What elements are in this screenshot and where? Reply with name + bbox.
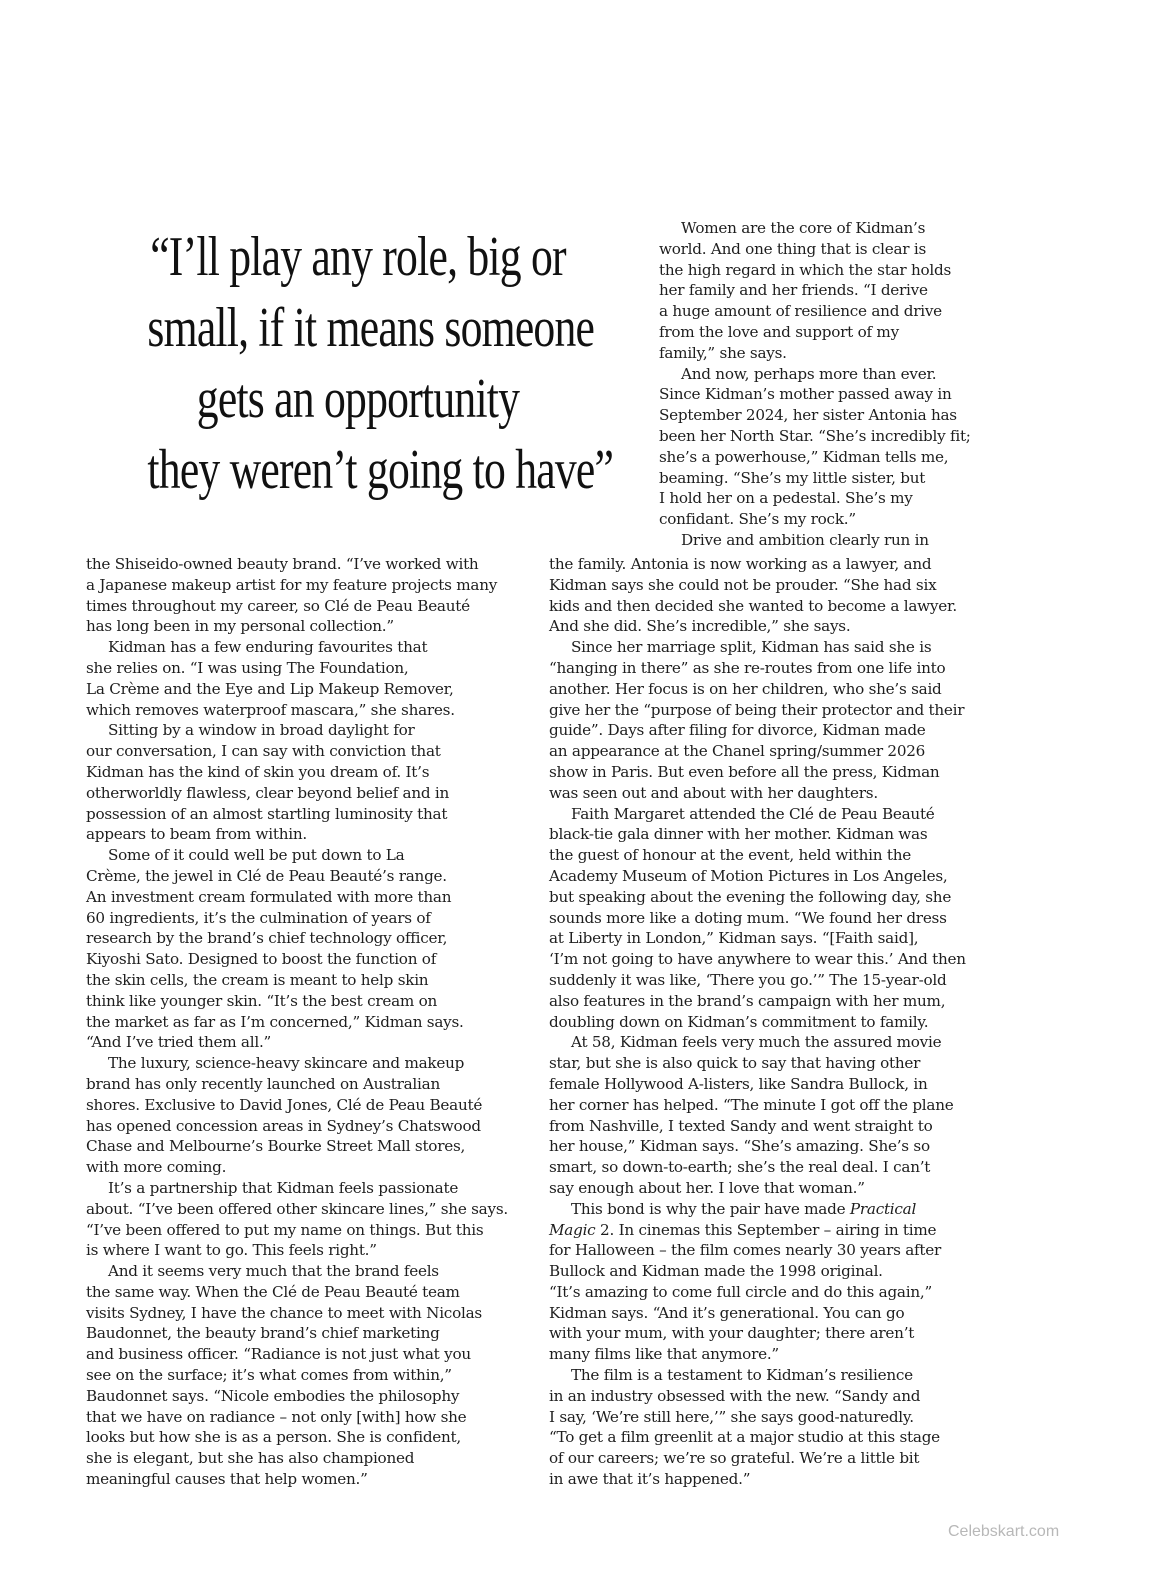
- text-line: I say, ‘We’re still here,’” she says goo…: [549, 1407, 989, 1428]
- film-title: Magic: [549, 1221, 595, 1239]
- text-line: Baudonnet says. “Nicole embodies the phi…: [86, 1386, 526, 1407]
- text-line: female Hollywood A-listers, like Sandra …: [549, 1074, 989, 1095]
- text-line: Faith Margaret attended the Clé de Peau …: [549, 804, 989, 825]
- text-line: otherworldly flawless, clear beyond beli…: [86, 783, 526, 804]
- text-line: Academy Museum of Motion Pictures in Los…: [549, 866, 989, 887]
- text-line: And now, perhaps more than ever.: [659, 364, 989, 385]
- text-line: the high regard in which the star holds: [659, 260, 989, 281]
- text-line: 60 ingredients, it’s the culmination of …: [86, 908, 526, 929]
- text-line: another. Her focus is on her children, w…: [549, 679, 989, 700]
- text-line: And it seems very much that the brand fe…: [86, 1261, 526, 1282]
- text-line: suddenly it was like, ‘There you go.’” T…: [549, 970, 989, 991]
- text-line: about. “I’ve been offered other skincare…: [86, 1199, 526, 1220]
- text-line: but speaking about the evening the follo…: [549, 887, 989, 908]
- text-line: think like younger skin. “It’s the best …: [86, 991, 526, 1012]
- text-line: say enough about her. I love that woman.…: [549, 1178, 989, 1199]
- text-line: looks but how she is as a person. She is…: [86, 1427, 526, 1448]
- text-line: the market as far as I’m concerned,” Kid…: [86, 1012, 526, 1033]
- text-line: confidant. She’s my rock.”: [659, 509, 989, 530]
- text-line: research by the brand’s chief technology…: [86, 928, 526, 949]
- text-line: the same way. When the Clé de Peau Beaut…: [86, 1282, 526, 1303]
- text-line: Kidman says. “And it’s generational. You…: [549, 1303, 989, 1324]
- text-fragment: 2. In cinemas this September – airing in…: [600, 1221, 936, 1239]
- text-line: “I’ve been offered to put my name on thi…: [86, 1220, 526, 1241]
- text-line: Chase and Melbourne’s Bourke Street Mall…: [86, 1136, 526, 1157]
- text-line: her family and her friends. “I derive: [659, 280, 989, 301]
- pull-quote-line: “I’ll play any role, big or: [147, 222, 568, 293]
- text-line: “To get a film greenlit at a major studi…: [549, 1427, 989, 1448]
- text-line: Since her marriage split, Kidman has sai…: [549, 637, 989, 658]
- article-column-right: the family. Antonia is now working as a …: [549, 554, 989, 1490]
- text-line: ‘I’m not going to have anywhere to wear …: [549, 949, 989, 970]
- text-line: an appearance at the Chanel spring/summe…: [549, 741, 989, 762]
- text-line: of our careers; we’re so grateful. We’re…: [549, 1448, 989, 1469]
- text-line: give her the “purpose of being their pro…: [549, 700, 989, 721]
- text-line: Magic 2. In cinemas this September – air…: [549, 1220, 989, 1241]
- text-line: was seen out and about with her daughter…: [549, 783, 989, 804]
- text-line: Crème, the jewel in Clé de Peau Beauté’s…: [86, 866, 526, 887]
- text-line: that we have on radiance – not only [wit…: [86, 1407, 526, 1428]
- text-line: The luxury, science-heavy skincare and m…: [86, 1053, 526, 1074]
- text-line: An investment cream formulated with more…: [86, 887, 526, 908]
- text-line: has opened concession areas in Sydney’s …: [86, 1116, 526, 1137]
- text-line: I hold her on a pedestal. She’s my: [659, 488, 989, 509]
- text-line: world. And one thing that is clear is: [659, 239, 989, 260]
- text-line: she is elegant, but she has also champio…: [86, 1448, 526, 1469]
- text-line: black-tie gala dinner with her mother. K…: [549, 824, 989, 845]
- text-line: doubling down on Kidman’s commitment to …: [549, 1012, 989, 1033]
- text-line: also features in the brand’s campaign wi…: [549, 991, 989, 1012]
- text-line: The film is a testament to Kidman’s resi…: [549, 1365, 989, 1386]
- text-line: smart, so down-to-earth; she’s the real …: [549, 1157, 989, 1178]
- text-line: the family. Antonia is now working as a …: [549, 554, 989, 575]
- pull-quote-line: they weren’t going to have”: [147, 435, 568, 506]
- text-line: which removes waterproof mascara,” she s…: [86, 700, 526, 721]
- pull-quote-line: small, if it means someone: [147, 293, 568, 364]
- text-line: she’s a powerhouse,” Kidman tells me,: [659, 447, 989, 468]
- text-line: Drive and ambition clearly run in: [659, 530, 989, 551]
- text-line: the Shiseido-owned beauty brand. “I’ve w…: [86, 554, 526, 575]
- text-line: the skin cells, the cream is meant to he…: [86, 970, 526, 991]
- text-line: family,” she says.: [659, 343, 989, 364]
- text-line: from the love and support of my: [659, 322, 989, 343]
- text-line: our conversation, I can say with convict…: [86, 741, 526, 762]
- text-line: possession of an almost startling lumino…: [86, 804, 526, 825]
- text-line: many films like that anymore.”: [549, 1344, 989, 1365]
- text-line: Some of it could well be put down to La: [86, 845, 526, 866]
- text-line: La Crème and the Eye and Lip Makeup Remo…: [86, 679, 526, 700]
- text-line: Kidman says she could not be prouder. “S…: [549, 575, 989, 596]
- text-line: Kidman has the kind of skin you dream of…: [86, 762, 526, 783]
- text-line: “And I’ve tried them all.”: [86, 1032, 526, 1053]
- text-line: kids and then decided she wanted to beco…: [549, 596, 989, 617]
- text-line: has long been in my personal collection.…: [86, 616, 526, 637]
- watermark: Celebskart.com: [948, 1523, 1059, 1541]
- text-line: she relies on. “I was using The Foundati…: [86, 658, 526, 679]
- text-line: At 58, Kidman feels very much the assure…: [549, 1032, 989, 1053]
- text-line: Women are the core of Kidman’s: [659, 218, 989, 239]
- text-line: been her North Star. “She’s incredibly f…: [659, 426, 989, 447]
- text-line: Sitting by a window in broad daylight fo…: [86, 720, 526, 741]
- text-line: star, but she is also quick to say that …: [549, 1053, 989, 1074]
- text-line: with more coming.: [86, 1157, 526, 1178]
- text-line: show in Paris. But even before all the p…: [549, 762, 989, 783]
- text-line: shores. Exclusive to David Jones, Clé de…: [86, 1095, 526, 1116]
- text-line: brand has only recently launched on Aust…: [86, 1074, 526, 1095]
- text-line: and business officer. “Radiance is not j…: [86, 1344, 526, 1365]
- text-line: Bullock and Kidman made the 1998 origina…: [549, 1261, 989, 1282]
- text-line: a huge amount of resilience and drive: [659, 301, 989, 322]
- text-line: “hanging in there” as she re-routes from…: [549, 658, 989, 679]
- text-line: appears to beam from within.: [86, 824, 526, 845]
- pull-quote: “I’ll play any role, big or small, if it…: [147, 222, 568, 506]
- text-line: the guest of honour at the event, held w…: [549, 845, 989, 866]
- text-line: times throughout my career, so Clé de Pe…: [86, 596, 526, 617]
- text-line: guide”. Days after filing for divorce, K…: [549, 720, 989, 741]
- text-line: It’s a partnership that Kidman feels pas…: [86, 1178, 526, 1199]
- text-fragment: This bond is why the pair have made: [571, 1200, 850, 1218]
- text-line: see on the surface; it’s what comes from…: [86, 1365, 526, 1386]
- text-line: Since Kidman’s mother passed away in: [659, 384, 989, 405]
- text-line: with your mum, with your daughter; there…: [549, 1323, 989, 1344]
- text-line: at Liberty in London,” Kidman says. “[Fa…: [549, 928, 989, 949]
- text-line: sounds more like a doting mum. “We found…: [549, 908, 989, 929]
- text-line: Baudonnet, the beauty brand’s chief mark…: [86, 1323, 526, 1344]
- text-line: her house,” Kidman says. “She’s amazing.…: [549, 1136, 989, 1157]
- pull-quote-line: gets an opportunity: [147, 364, 568, 435]
- text-line: her corner has helped. “The minute I got…: [549, 1095, 989, 1116]
- text-line: meaningful causes that help women.”: [86, 1469, 526, 1490]
- text-line: from Nashville, I texted Sandy and went …: [549, 1116, 989, 1137]
- text-line: “It’s amazing to come full circle and do…: [549, 1282, 989, 1303]
- text-line: in awe that it’s happened.”: [549, 1469, 989, 1490]
- text-line: Kidman has a few enduring favourites tha…: [86, 637, 526, 658]
- article-column-left: the Shiseido-owned beauty brand. “I’ve w…: [86, 554, 526, 1490]
- text-line: for Halloween – the film comes nearly 30…: [549, 1240, 989, 1261]
- text-line: a Japanese makeup artist for my feature …: [86, 575, 526, 596]
- text-line: in an industry obsessed with the new. “S…: [549, 1386, 989, 1407]
- text-line: Kiyoshi Sato. Designed to boost the func…: [86, 949, 526, 970]
- text-line: is where I want to go. This feels right.…: [86, 1240, 526, 1261]
- article-column-top-right: Women are the core of Kidman’s world. An…: [659, 218, 989, 551]
- text-line: September 2024, her sister Antonia has: [659, 405, 989, 426]
- text-line: This bond is why the pair have made Prac…: [549, 1199, 989, 1220]
- text-line: beaming. “She’s my little sister, but: [659, 468, 989, 489]
- text-line: visits Sydney, I have the chance to meet…: [86, 1303, 526, 1324]
- text-line: And she did. She’s incredible,” she says…: [549, 616, 989, 637]
- film-title: Practical: [850, 1200, 916, 1218]
